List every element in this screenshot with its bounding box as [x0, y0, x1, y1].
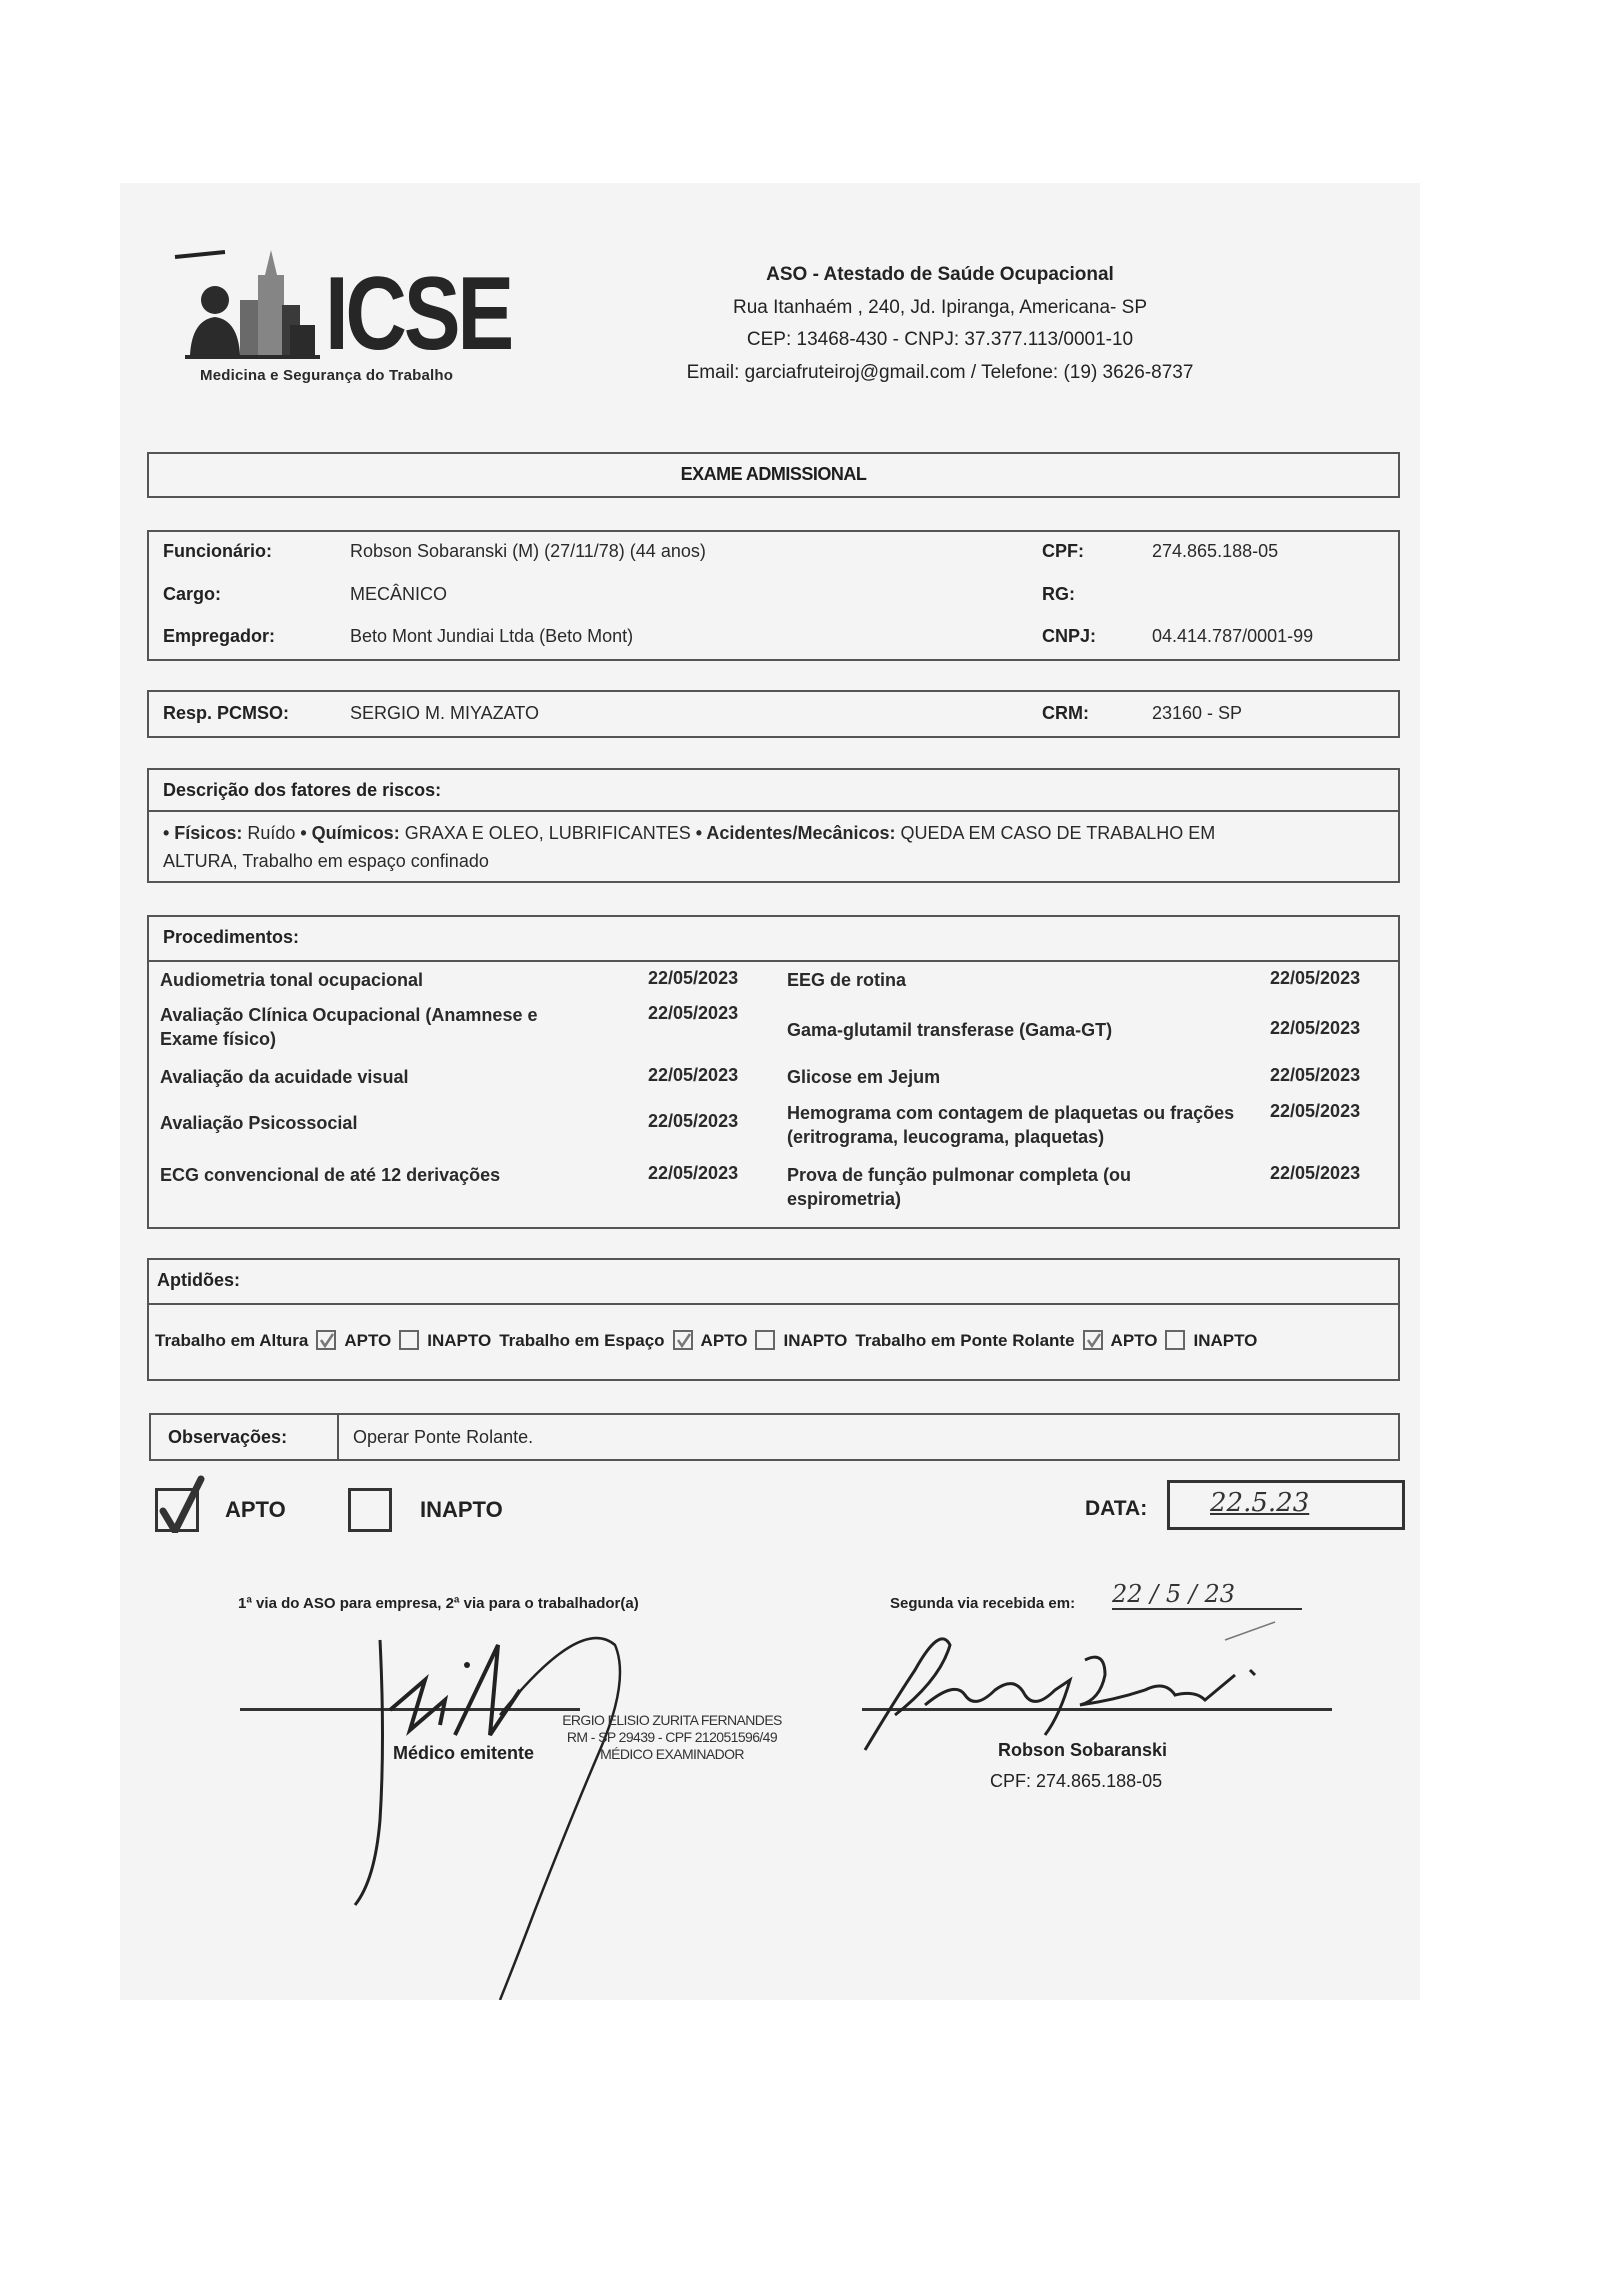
logo-text: ICSE — [325, 262, 511, 366]
medico-stamp: ERGIO ELISIO ZURITA FERNANDES RM - SP 29… — [512, 1712, 832, 1763]
risk-category: • Químicos: — [300, 823, 404, 843]
aptidao-apto-label: APTO — [344, 1331, 391, 1351]
stamp-line-3: MÉDICO EXAMINADOR — [512, 1746, 832, 1763]
aptidao-inapto-checkbox[interactable] — [1165, 1330, 1185, 1350]
document-title: ASO - Atestado de Saúde Ocupacional — [600, 264, 1280, 286]
aptidao-apto-checkbox[interactable] — [316, 1330, 336, 1350]
left-procedure-date: 22/05/2023 — [648, 1111, 738, 1132]
aptidao-inapto-checkbox[interactable] — [755, 1330, 775, 1350]
aptidoes-title: Aptidões: — [157, 1270, 240, 1291]
funcionario-value: Robson Sobaranski (M) (27/11/78) (44 ano… — [350, 541, 706, 562]
checkmark-icon — [1085, 1332, 1103, 1350]
aptidao-label: Trabalho em Espaço — [499, 1331, 664, 1351]
right-procedure-name: Prova de função pulmonar completa (ou es… — [787, 1163, 1237, 1211]
funcionario-label: Funcionário: — [163, 541, 272, 562]
crm-label: CRM: — [1042, 703, 1089, 724]
observacoes-value: Operar Ponte Rolante. — [353, 1427, 533, 1448]
left-procedure-name: Avaliação Psicossocial — [160, 1111, 600, 1135]
right-procedure-date: 22/05/2023 — [1270, 1101, 1360, 1122]
stamp-line-2: RM - SP 29439 - CPF 212051596/49 — [512, 1729, 832, 1746]
cpf-value: 274.865.188-05 — [1152, 541, 1278, 562]
medico-signature-icon — [330, 1620, 660, 2000]
cargo-value: MECÂNICO — [350, 584, 447, 605]
pcmso-value: SERGIO M. MIYAZATO — [350, 703, 539, 724]
worker-cpf: CPF: 274.865.188-05 — [990, 1771, 1162, 1792]
observacoes-label: Observações: — [168, 1427, 287, 1448]
cnpj-value: 04.414.787/0001-99 — [1152, 626, 1313, 647]
checkmark-icon — [155, 1473, 215, 1533]
observacoes-divider — [337, 1413, 339, 1461]
procedures-divider — [147, 960, 1400, 962]
risks-line-1: • Físicos: Ruído • Químicos: GRAXA E OLE… — [163, 823, 1215, 844]
right-procedure-date: 22/05/2023 — [1270, 1163, 1360, 1184]
aptidao-inapto-label: INAPTO — [1193, 1331, 1257, 1351]
aptidao-apto-label: APTO — [1111, 1331, 1158, 1351]
left-procedure-name: Audiometria tonal ocupacional — [160, 968, 600, 992]
inapto-checkbox[interactable] — [348, 1488, 392, 1532]
clinic-cep-cnpj: CEP: 13468-430 - CNPJ: 37.377.113/0001-1… — [600, 329, 1280, 351]
left-procedure-date: 22/05/2023 — [648, 1163, 738, 1184]
rg-label: RG: — [1042, 584, 1075, 605]
left-procedure-date: 22/05/2023 — [648, 1003, 738, 1024]
risks-line-2: ALTURA, Trabalho em espaço confinado — [163, 851, 489, 872]
right-procedure-date: 22/05/2023 — [1270, 968, 1360, 989]
aptidao-inapto-checkbox[interactable] — [399, 1330, 419, 1350]
aptidao-inapto-label: INAPTO — [783, 1331, 847, 1351]
exam-type: EXAME ADMISSIONAL — [147, 464, 1400, 485]
right-procedure-date: 22/05/2023 — [1270, 1065, 1360, 1086]
aptidoes-divider — [147, 1303, 1400, 1305]
logo-subtitle: Medicina e Segurança do Trabalho — [200, 367, 453, 384]
aptidao-inapto-label: INAPTO — [427, 1331, 491, 1351]
vias-note: 1ª via do ASO para empresa, 2ª via para … — [238, 1595, 639, 1612]
aptidao-label: Trabalho em Ponte Rolante — [855, 1331, 1074, 1351]
right-procedure-name: EEG de rotina — [787, 968, 1237, 992]
risk-value: Ruído — [247, 823, 300, 843]
logo-building-person-icon — [170, 245, 340, 370]
apto-label: APTO — [225, 1497, 286, 1523]
aptidao-apto-label: APTO — [701, 1331, 748, 1351]
aptidao-label: Trabalho em Altura — [155, 1331, 308, 1351]
left-procedure-date: 22/05/2023 — [648, 968, 738, 989]
cpf-label: CPF: — [1042, 541, 1084, 562]
worker-signature-icon — [855, 1620, 1315, 1760]
left-procedure-date: 22/05/2023 — [648, 1065, 738, 1086]
segunda-via-value: 22 / 5 / 23 — [1112, 1580, 1302, 1610]
left-procedure-name: Avaliação Clínica Ocupacional (Anamnese … — [160, 1003, 600, 1051]
cnpj-label: CNPJ: — [1042, 626, 1096, 647]
clinic-address: Rua Itanhaém , 240, Jd. Ipiranga, Americ… — [600, 297, 1280, 319]
risk-value: QUEDA EM CASO DE TRABALHO EM — [900, 823, 1215, 843]
risk-category: • Acidentes/Mecânicos: — [696, 823, 901, 843]
checkmark-icon — [318, 1332, 336, 1350]
aptidao-apto-checkbox[interactable] — [1083, 1330, 1103, 1350]
right-procedure-name: Gama-glutamil transferase (Gama-GT) — [787, 1018, 1237, 1042]
right-procedure-name: Glicose em Jejum — [787, 1065, 1237, 1089]
data-value: 22.5.23 — [1210, 1488, 1309, 1518]
empregador-value: Beto Mont Jundiai Ltda (Beto Mont) — [350, 626, 633, 647]
crm-value: 23160 - SP — [1152, 703, 1242, 724]
checkmark-icon — [675, 1332, 693, 1350]
risk-value: GRAXA E OLEO, LUBRIFICANTES — [405, 823, 696, 843]
clinic-contact: Email: garciafruteiroj@gmail.com / Telef… — [600, 362, 1280, 384]
apto-checkbox[interactable] — [155, 1488, 199, 1532]
cargo-label: Cargo: — [163, 584, 221, 605]
risks-divider — [147, 810, 1400, 812]
procedures-title: Procedimentos: — [163, 927, 299, 948]
stamp-line-1: ERGIO ELISIO ZURITA FERNANDES — [512, 1712, 832, 1729]
risk-category: • Físicos: — [163, 823, 247, 843]
aptidao-apto-checkbox[interactable] — [673, 1330, 693, 1350]
empregador-label: Empregador: — [163, 626, 275, 647]
data-label: DATA: — [1085, 1497, 1147, 1521]
right-procedure-name: Hemograma com contagem de plaquetas ou f… — [787, 1101, 1237, 1149]
risks-title: Descrição dos fatores de riscos: — [163, 780, 441, 801]
right-procedure-date: 22/05/2023 — [1270, 1018, 1360, 1039]
inapto-label: INAPTO — [420, 1497, 503, 1523]
left-procedure-name: Avaliação da acuidade visual — [160, 1065, 600, 1089]
left-procedure-name: ECG convencional de até 12 derivações — [160, 1163, 600, 1187]
worker-name: Robson Sobaranski — [998, 1740, 1167, 1761]
pcmso-label: Resp. PCMSO: — [163, 703, 289, 724]
segunda-via-label: Segunda via recebida em: — [890, 1595, 1075, 1612]
aptidoes-box — [147, 1258, 1400, 1381]
